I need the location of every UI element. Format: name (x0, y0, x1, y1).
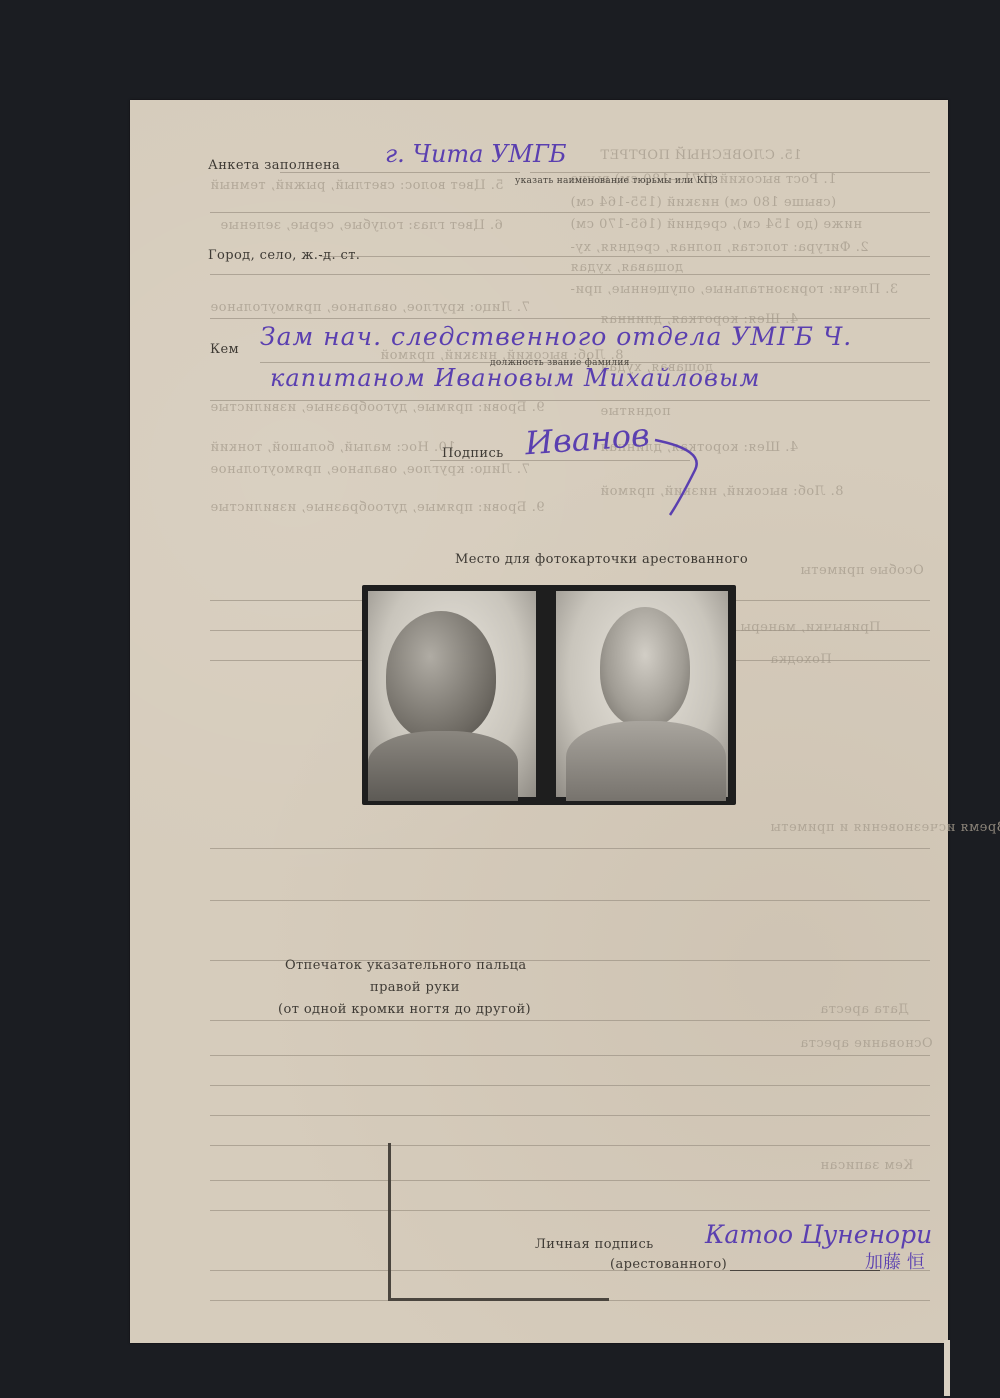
by-whom-value-line1: Зам нач. следственного отдела УМГБ Ч. (260, 322, 852, 351)
fingerprint-box (388, 1143, 609, 1301)
personal-signature-sublabel: (арестованного) (610, 1257, 727, 1272)
divider (210, 900, 930, 901)
divider (210, 1020, 930, 1021)
signature-label: Подпись (442, 446, 504, 461)
photo-profile (368, 591, 536, 797)
bleedthrough-line: 9. Брови: прямые, дугообразные, извилист… (210, 400, 545, 415)
bleedthrough-special-marks: Особые приметы (800, 563, 924, 578)
divider (210, 1085, 930, 1086)
bleedthrough-line: 7. Лицо: круглое, овальное, прямоугольно… (210, 300, 530, 315)
arrestee-signature-cyrillic: Катоо Цуненори (705, 1220, 932, 1249)
by-whom-label: Кем (210, 342, 239, 357)
by-whom-value-line2: капитаном Ивановым Михайловым (270, 364, 760, 392)
photo-frontal (556, 591, 728, 797)
bleedthrough-line: 2. Фигура: толстая, полная, средняя, ху- (570, 240, 869, 255)
fingerprint-label-line3: (от одной кромки ногтя до другой) (278, 1002, 531, 1017)
personal-signature-label: Личная подпись (535, 1237, 654, 1252)
divider (320, 256, 930, 257)
divider (210, 212, 930, 213)
officer-signature: Иванов (524, 416, 651, 463)
bleedthrough-line: 3. Плечи: горизонтальные, опущенные, при… (570, 282, 898, 297)
bleedthrough-title: 15. СЛОВЕСНЫЙ ПОРТРЕТ (600, 148, 802, 163)
bleedthrough-line: 6. Цвет глаз: голубые, серые, зеленые (220, 218, 503, 233)
bleedthrough-line: 10. Нос: малый, большой, тонкий (210, 440, 456, 455)
bleedthrough-arrest-date: Дата ареста (820, 1002, 909, 1017)
bleedthrough-disappearance: Время исчезновения и приметы (770, 820, 1000, 835)
divider (530, 172, 930, 173)
bleedthrough-line: 5. Цвет волос: светлый, рыжий, темный (210, 178, 504, 193)
photo-section-label: Место для фотокарточки арестованного (455, 552, 748, 567)
arrestee-photo (362, 585, 736, 805)
bleedthrough-recorded-by: Кем записан (820, 1158, 913, 1173)
divider (210, 318, 930, 319)
divider (210, 274, 930, 275)
divider (210, 400, 930, 401)
form-filled-hint: указать наименование тюрьмы или КПЗ (515, 176, 718, 186)
bleedthrough-line: дощавая, худая (570, 260, 683, 275)
form-filled-label: Анкета заполнена (208, 158, 340, 173)
bleedthrough-arrest-basis: Основание ареста (800, 1036, 933, 1051)
bleedthrough-line: 8. Лоб: высокий, низкий, прямой (600, 484, 843, 499)
divider (210, 1055, 930, 1056)
form-filled-value: г. Чита УМГБ (385, 140, 567, 168)
signature-flourish (650, 430, 710, 520)
bleedthrough-habits: Привычки, манеры (740, 620, 881, 635)
divider (210, 1115, 930, 1116)
bleedthrough-line: (свыше 180 см) низкий (155-164 см) (570, 195, 836, 210)
city-label: Город, село, ж.-д. ст. (208, 248, 360, 263)
signature-line (730, 1270, 880, 1271)
fingerprint-label-line2: правой руки (370, 980, 460, 995)
divider (210, 848, 930, 849)
bleedthrough-line: 9. Брови: прямые, дугообразные, извилист… (210, 500, 545, 515)
page-tab-strip (944, 1340, 950, 1396)
bleedthrough-line: ниже (до 154 см), средний (165-170 см) (570, 217, 862, 232)
arrestee-signature-japanese: 加藤 恒 (865, 1248, 925, 1274)
fingerprint-label-line1: Отпечаток указательного пальца (285, 958, 527, 973)
bleedthrough-line: 7. Лицо: круглое, овальное, прямоугольно… (210, 462, 530, 477)
